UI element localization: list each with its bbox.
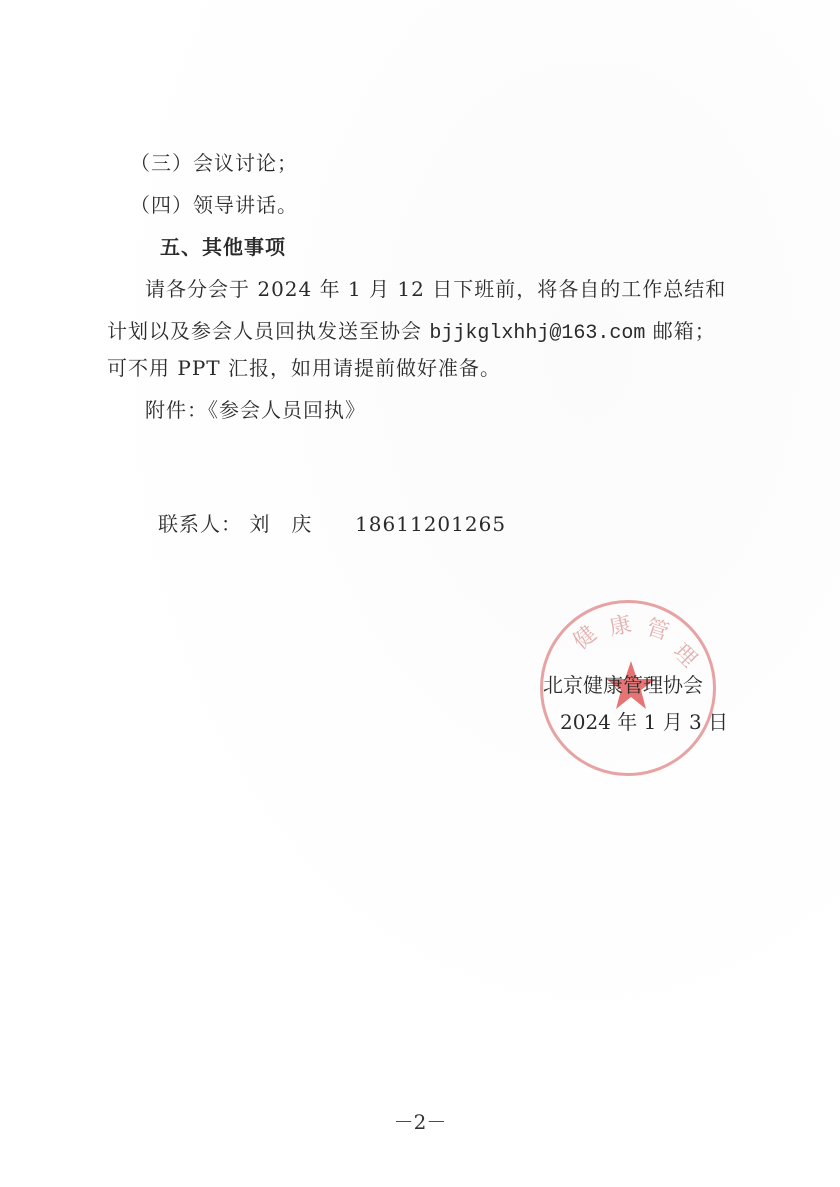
contact-name: 刘 庆 [249,512,312,536]
paragraph-line-2-prefix: 计划以及参会人员回执发送至协会 [107,319,429,343]
contact-label: 联系人： [158,512,242,536]
paragraph-line-2-suffix: 邮箱； [645,319,715,343]
seal-char: 健 [566,618,603,656]
email-link[interactable]: bjjkglxhhj@163.com [429,322,645,345]
seal-char: 管 [643,610,674,646]
paragraph-line-2: 计划以及参会人员回执发送至协会 bjjkglxhhj@163.com 邮箱； [107,318,716,347]
section-heading: 五、其他事项 [160,234,286,260]
document-page: （三）会议讨论； （四）领导讲话。 五、其他事项 请各分会于 2024 年 1 … [0,0,840,1187]
contact-phone: 18611201265 [355,512,506,536]
signature-organization: 北京健康管理协会 [543,672,703,698]
attachment-line: 附件：《参会人员回执》 [145,397,366,423]
paragraph-line-1: 请各分会于 2024 年 1 月 12 日下班前，将各自的工作总结和 [145,276,726,302]
page-number: －2－ [0,1106,840,1135]
seal-char: 理 [667,636,704,673]
seal-char: 康 [606,607,634,642]
paragraph-line-3: 可不用 PPT 汇报，如用请提前做好准备。 [107,355,501,381]
contact-line: 联系人： 刘 庆 18611201265 [158,511,506,537]
agenda-item-4: （四）领导讲话。 [130,192,298,218]
agenda-item-3: （三）会议讨论； [130,150,298,176]
signature-date: 2024 年 1 月 3 日 [560,709,728,735]
